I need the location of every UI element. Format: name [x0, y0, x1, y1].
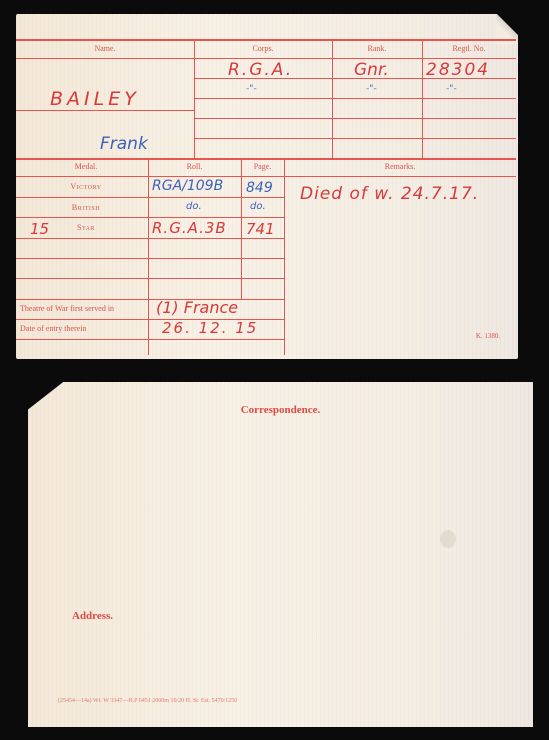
rule	[16, 217, 284, 218]
rule	[16, 158, 516, 160]
corps-header: Corps.	[194, 44, 332, 53]
remarks-value: Died of w. 24.7.17.	[300, 184, 479, 204]
form-code: K. 1380.	[468, 332, 508, 340]
corps-ditto: -"-	[246, 84, 257, 94]
rule	[16, 110, 194, 111]
theatre-label: Theatre of War first served in	[20, 304, 148, 313]
divider	[332, 40, 333, 158]
divider	[194, 40, 195, 158]
rule	[16, 299, 284, 300]
divider	[148, 159, 149, 355]
page-value: 741	[246, 220, 275, 238]
page-header: Page.	[241, 162, 284, 171]
roll-value: do.	[186, 201, 202, 212]
rule	[16, 58, 516, 59]
medal-index-card-back: Correspondence. Address. (25454—14a) Wt.…	[28, 382, 533, 727]
roll-value: R.G.A.3B	[152, 219, 227, 237]
medal-name: Star	[46, 223, 126, 232]
rule	[16, 176, 516, 177]
surname: BAILEY	[50, 88, 140, 110]
address-label: Address.	[72, 610, 152, 622]
printer-footer: (25454—14a) Wt. W 3347—H.P 6451 2000m 10…	[58, 698, 438, 704]
rule	[16, 258, 284, 259]
rule	[194, 98, 516, 99]
rank-ditto: -"-	[366, 84, 377, 94]
divider	[284, 159, 285, 355]
rule	[16, 278, 284, 279]
medal-name: British	[46, 203, 126, 212]
date-of-entry-label: Date of entry therein	[20, 324, 148, 333]
medal-index-card-front: Name. Corps. Rank. Regtl. No. BAILEY Fra…	[16, 14, 518, 359]
divider	[422, 40, 423, 158]
date-of-entry-value: 26. 12. 15	[162, 319, 258, 337]
rank-header: Rank.	[332, 44, 422, 53]
medal-name: Victory	[46, 182, 126, 191]
rank-value: Gnr.	[354, 60, 389, 80]
paper-stain	[440, 530, 456, 548]
forename: Frank	[100, 134, 148, 154]
remarks-header: Remarks.	[284, 162, 516, 171]
regtl-no-ditto: -"-	[446, 84, 457, 94]
medal-header: Medal.	[46, 162, 126, 171]
rule	[16, 238, 284, 239]
rule	[16, 197, 284, 198]
rule	[194, 118, 516, 119]
rule	[194, 138, 516, 139]
correspondence-heading: Correspondence.	[28, 404, 533, 416]
name-header: Name.	[16, 44, 194, 53]
corps-value: R.G.A.	[228, 60, 293, 80]
roll-header: Roll.	[148, 162, 241, 171]
regtl-no-value: 28304	[426, 60, 490, 80]
regtl-no-header: Regtl. No.	[422, 44, 516, 53]
page-value: 849	[246, 180, 273, 196]
roll-value: RGA/109B	[152, 178, 223, 194]
rule	[16, 339, 284, 340]
page-value: do.	[250, 201, 266, 212]
theatre-value: (1) France	[156, 298, 238, 317]
rule	[16, 39, 516, 41]
